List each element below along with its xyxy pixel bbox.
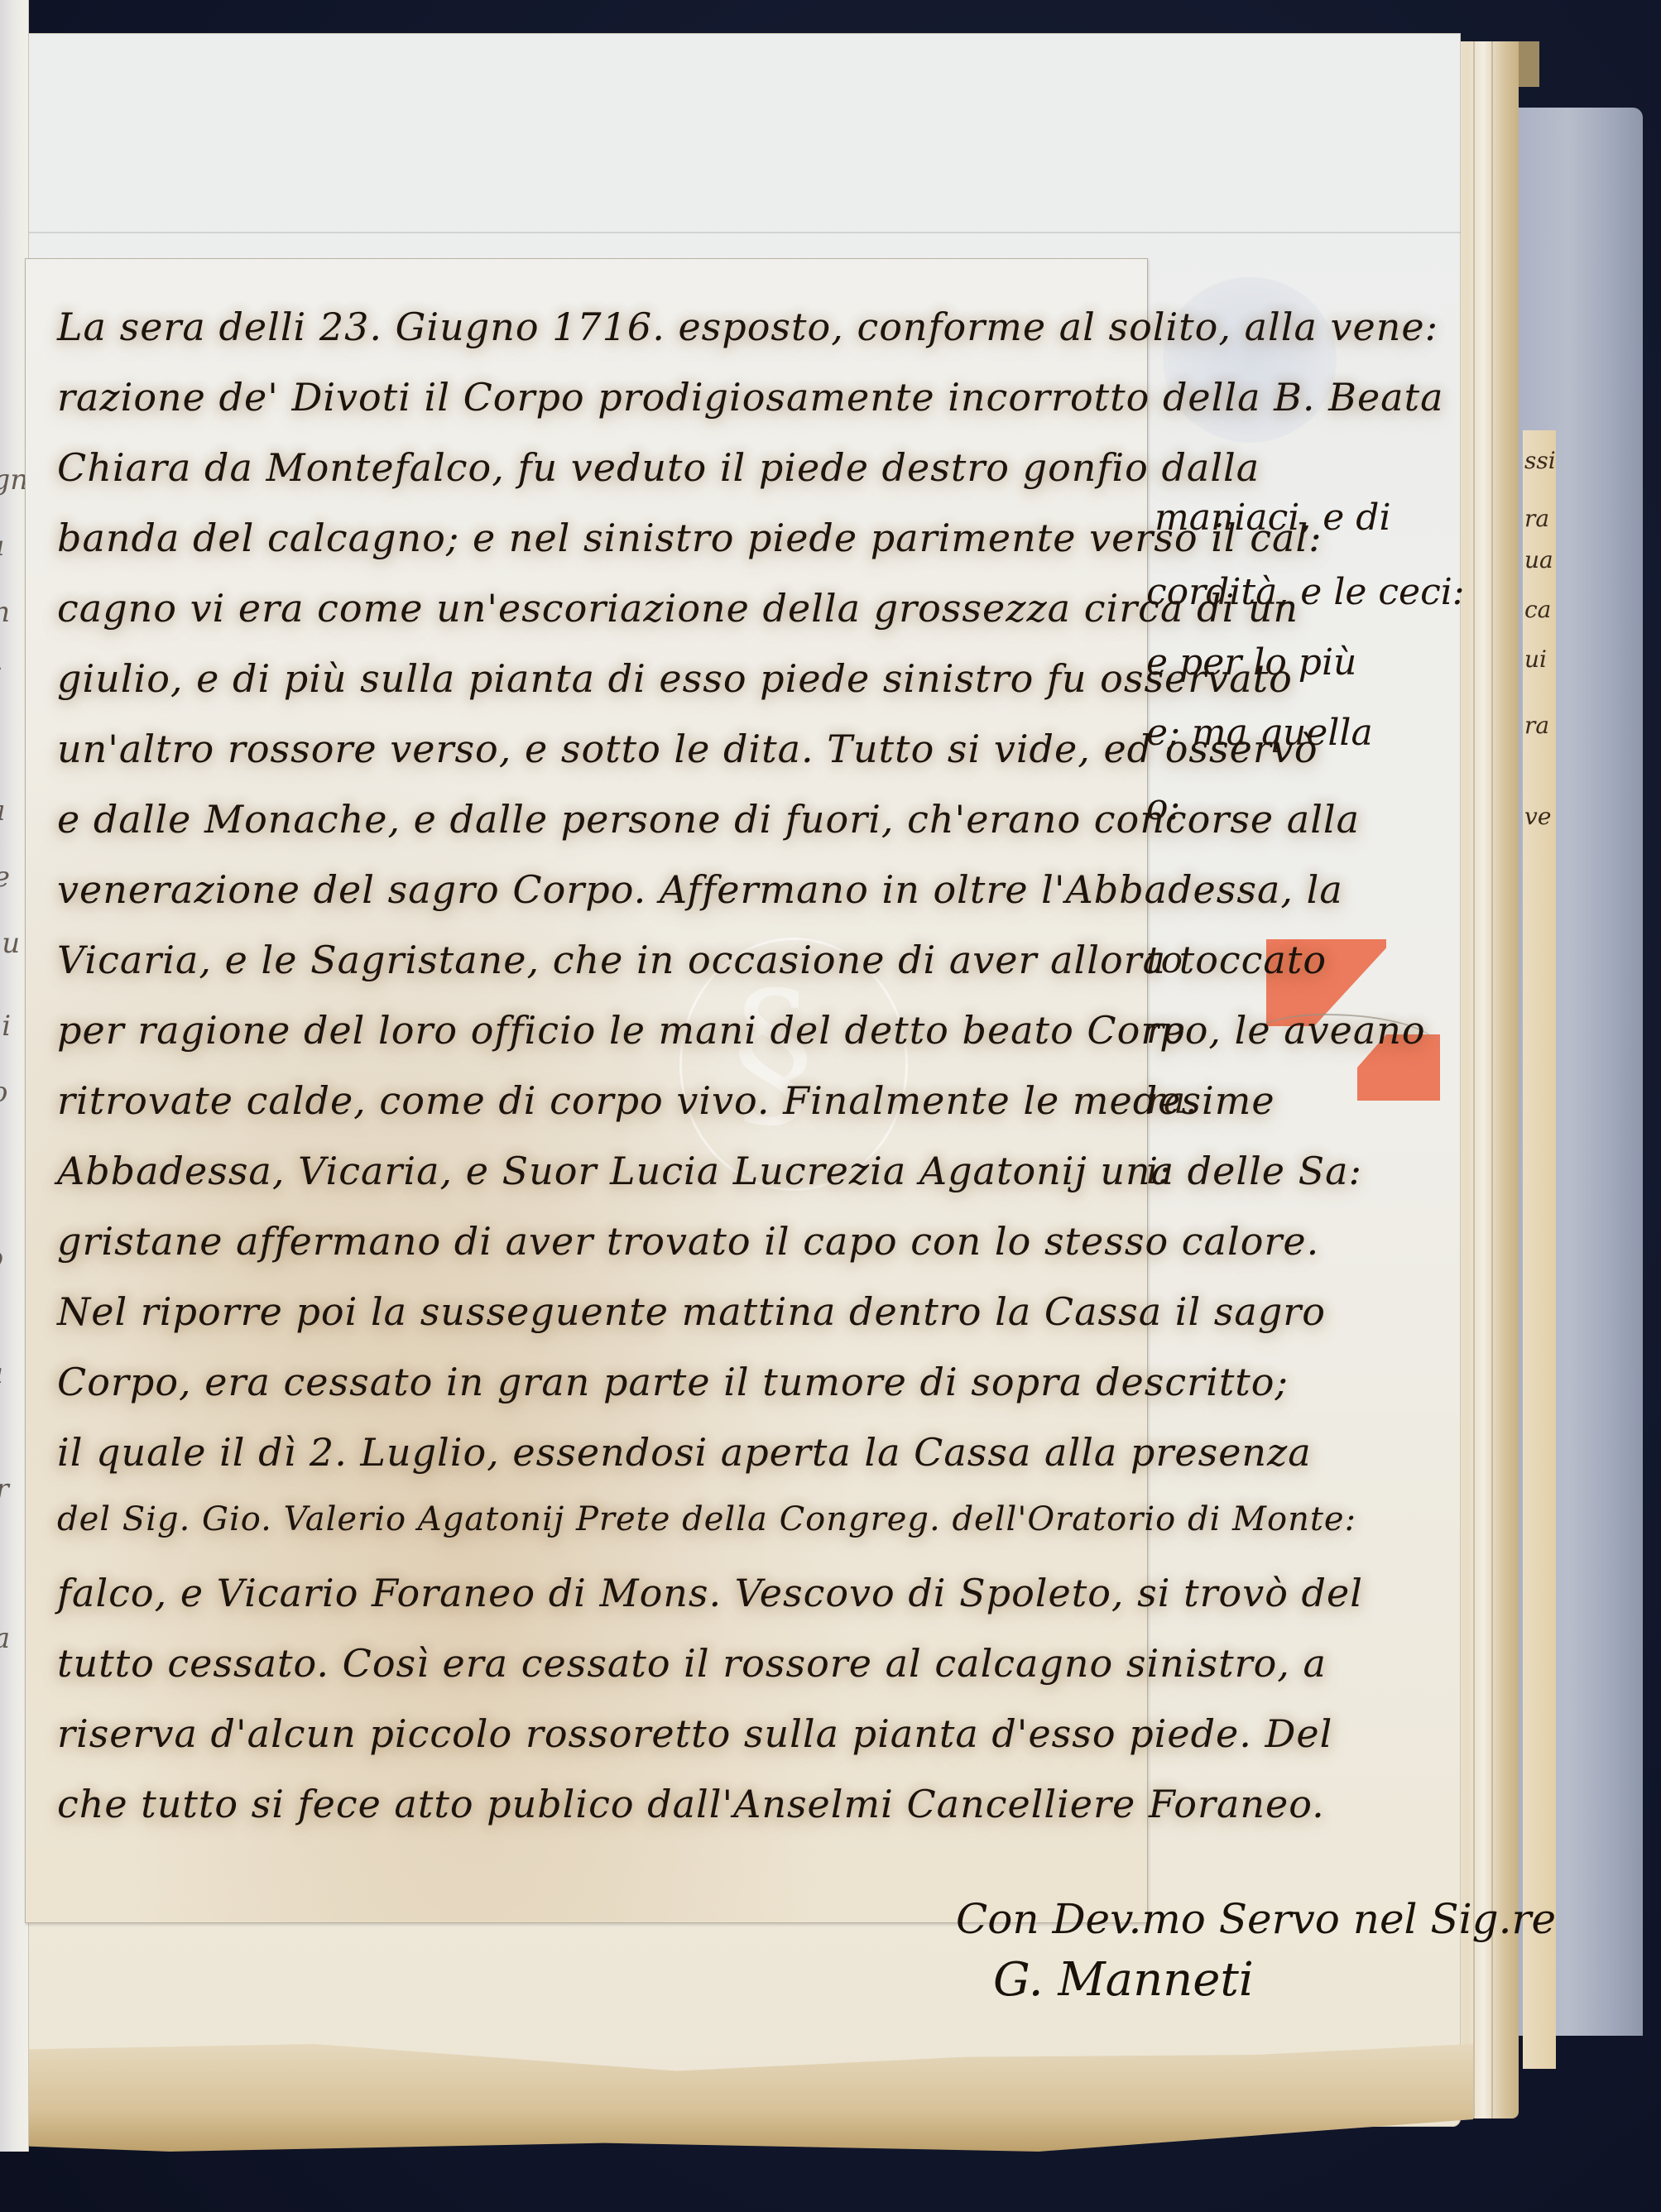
- slip-line: venerazione del sagro Corpo. Affermano i…: [57, 867, 1343, 912]
- slip-line: un'altro rossore verso, e sotto le dita.…: [57, 727, 1318, 771]
- slip-line: e dalle Monache, e dalle persone di fuor…: [57, 797, 1360, 842]
- valediction: Con Dev.mo Servo nel Sig.re: [956, 1895, 1556, 1943]
- signature: G. Manneti: [993, 1953, 1254, 2007]
- slip-line: Corpo, era cessato in gran parte il tumo…: [57, 1360, 1289, 1404]
- strip-fragment: ra: [1524, 712, 1549, 739]
- slip-line: La sera delli 23. Giugno 1716. esposto, …: [57, 305, 1438, 349]
- slip-line: cagno vi era come un'escoriazione della …: [57, 586, 1299, 631]
- slip-line: gristane affermano di aver trovato il ca…: [57, 1219, 1319, 1264]
- slip-line: banda del calcagno; e nel sinistro piede…: [57, 516, 1323, 560]
- strip-fragment: ssi: [1524, 447, 1556, 474]
- strip-fragment: ra: [1524, 505, 1549, 532]
- leaf-edge: [1473, 41, 1475, 2118]
- slip-line: razione de' Divoti il Corpo prodigiosame…: [57, 375, 1444, 420]
- leaf-edge: [1491, 41, 1493, 2118]
- slip-line: per ragione del loro officio le mani del…: [57, 1008, 1426, 1053]
- slip-line: Chiara da Montefalco, fu veduto il piede…: [57, 445, 1260, 490]
- slip-line: tutto cessato. Così era cessato il rosso…: [57, 1641, 1327, 1686]
- slip-line: Abbadessa, Vicaria, e Suor Lucia Lucrezi…: [57, 1149, 1362, 1193]
- strip-fragment: ve: [1524, 803, 1551, 830]
- pasted-slip: § La sera delli 23. Giugno 1716. esposto…: [25, 258, 1148, 1923]
- slip-line: Vicaria, e le Sagristane, che in occasio…: [57, 938, 1327, 982]
- slip-line: che tutto si fece atto publico dall'Anse…: [57, 1782, 1325, 1826]
- strip-fragment: ua: [1524, 546, 1553, 573]
- slip-line: Nel riporre poi la susseguente mattina d…: [57, 1289, 1326, 1334]
- slip-line: il quale il dì 2. Luglio, essendosi aper…: [57, 1430, 1312, 1475]
- slip-line: riserva d'alcun piccolo rossoretto sulla…: [57, 1711, 1332, 1756]
- slip-line: falco, e Vicario Foraneo di Mons. Vescov…: [57, 1571, 1363, 1615]
- strip-fragment: ca: [1524, 596, 1551, 623]
- slip-line: ritrovate calde, come di corpo vivo. Fin…: [57, 1078, 1275, 1123]
- slip-line: giulio, e di più sulla pianta di esso pi…: [57, 656, 1293, 701]
- fold-crease: [25, 232, 1461, 233]
- strip-fragment: ui: [1524, 645, 1547, 673]
- underlying-leaf-strip: ssi ra ua ca ui ra ve: [1523, 430, 1556, 2069]
- slip-line: del Sig. Gio. Valerio Agatonij Prete del…: [57, 1500, 1356, 1538]
